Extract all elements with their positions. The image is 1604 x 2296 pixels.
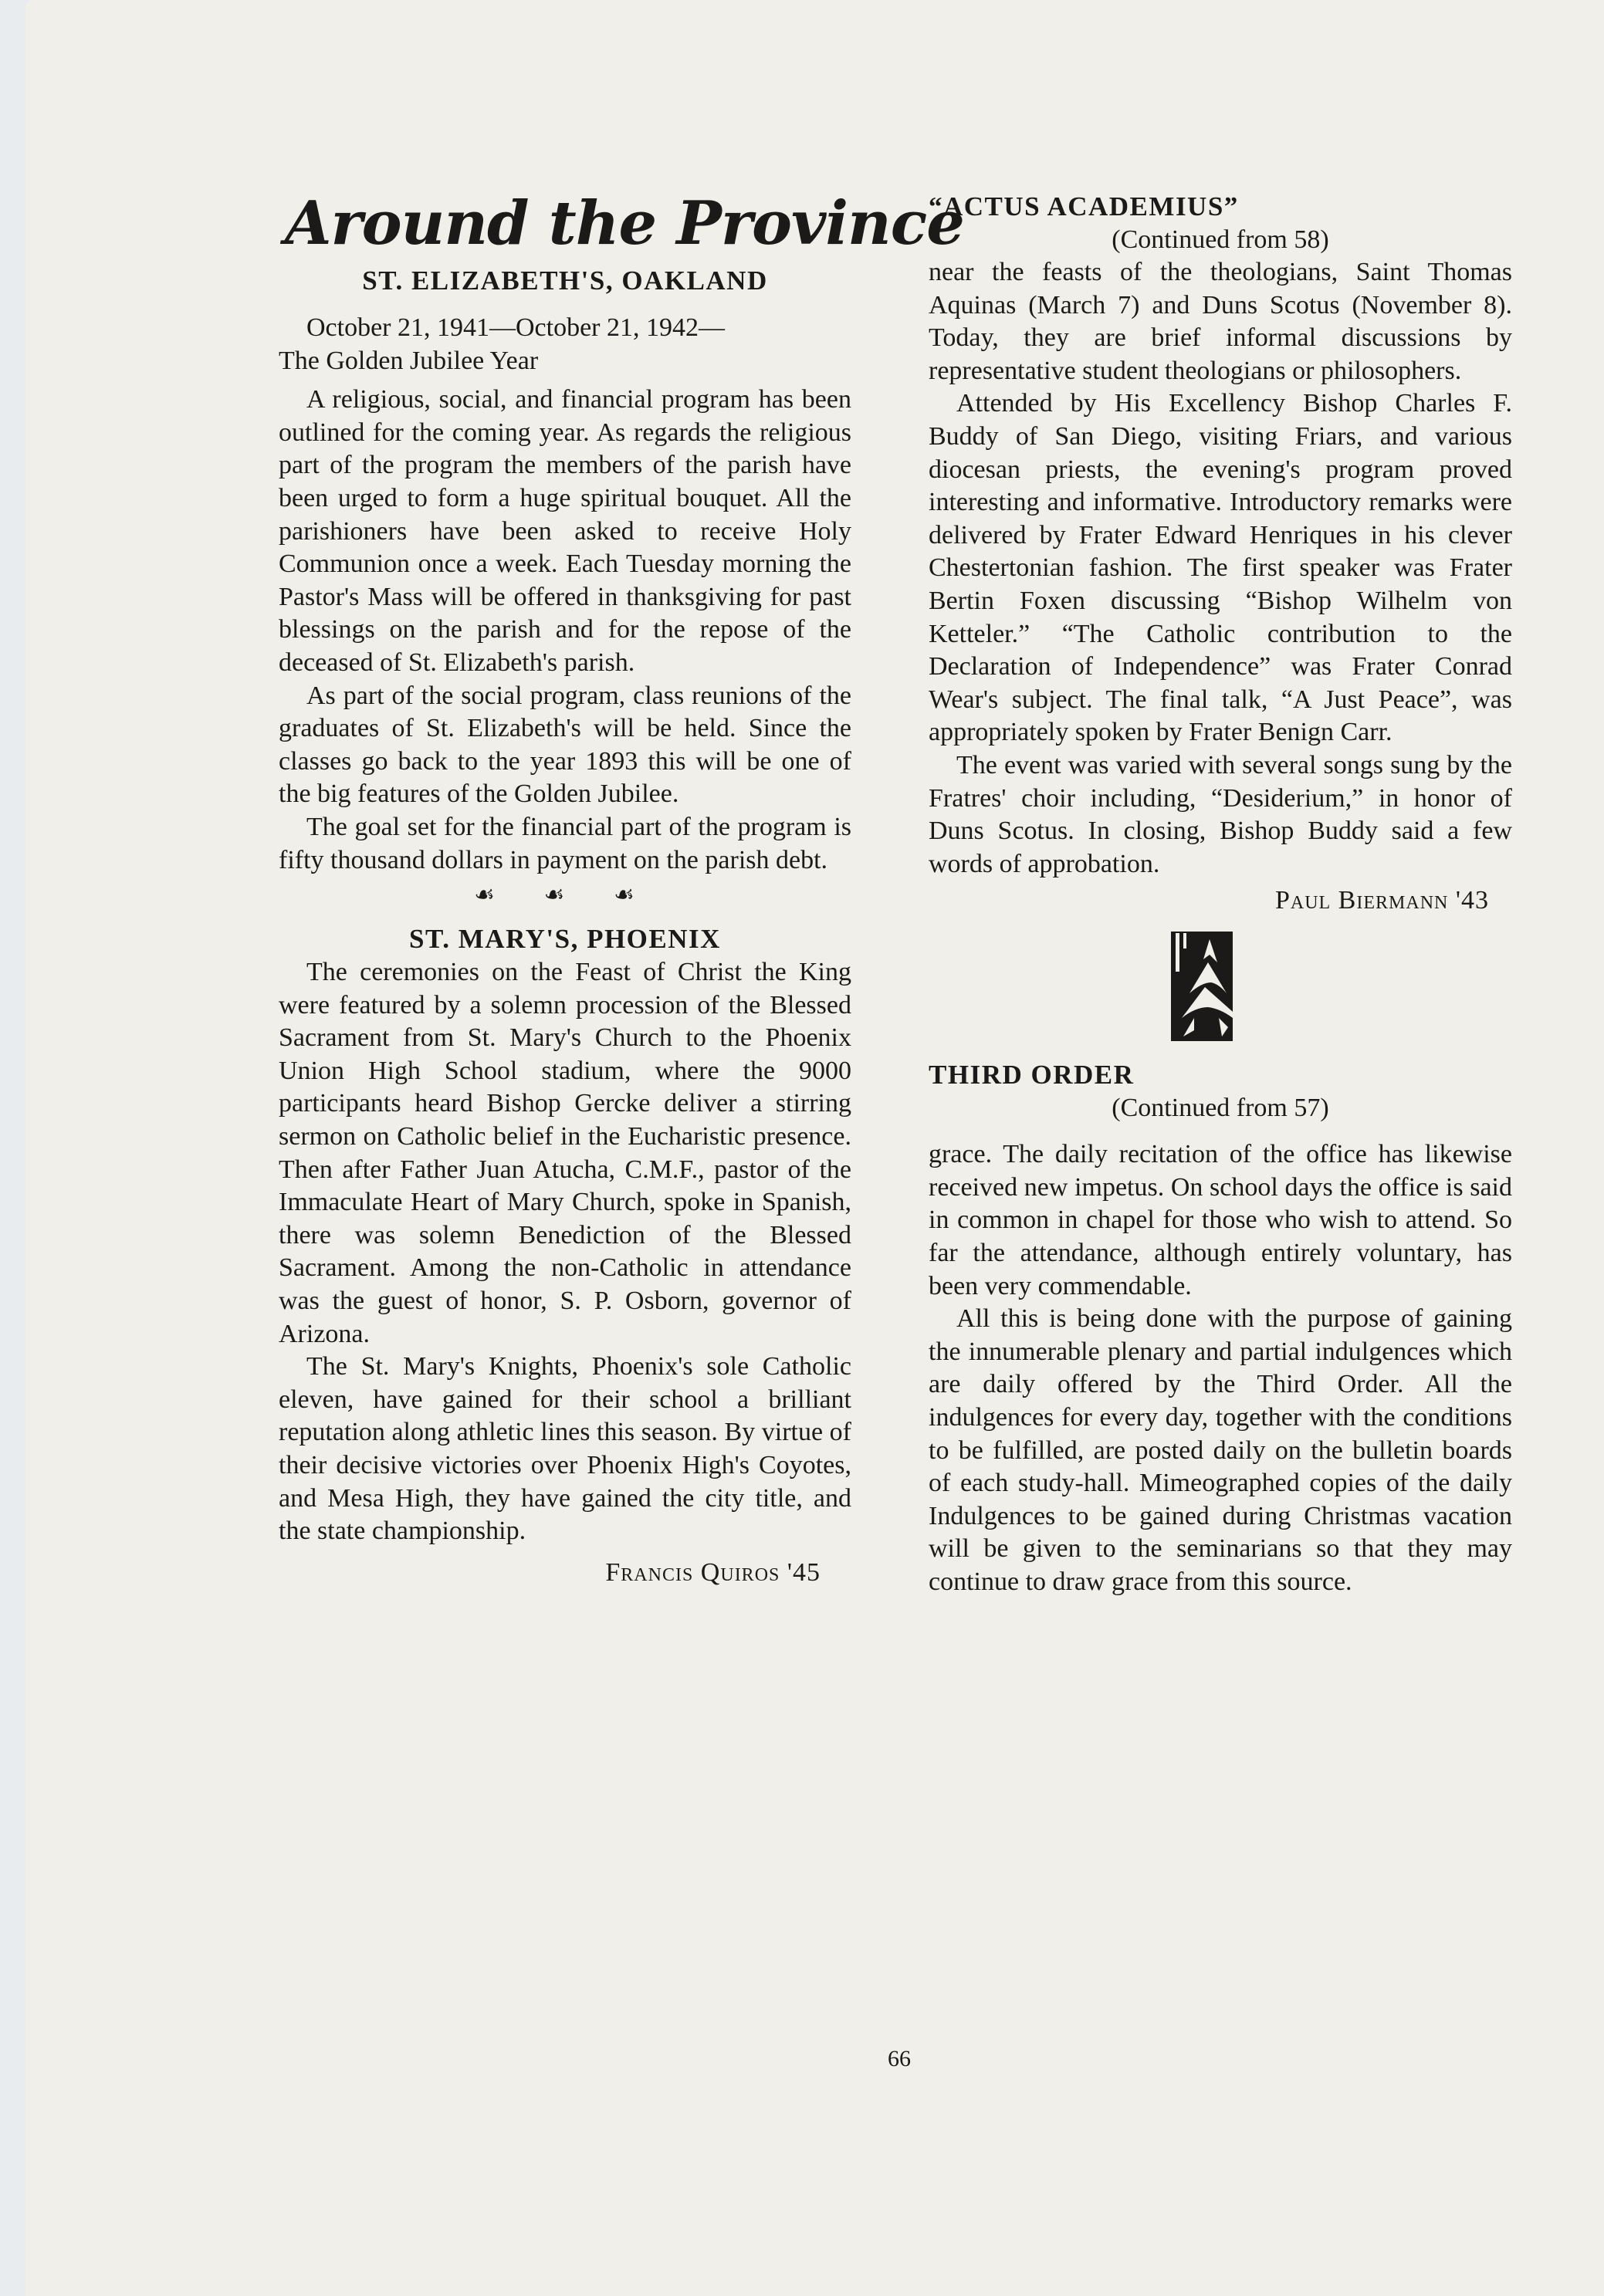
article-st-marys-phoenix: ST. MARY'S, PHOENIX The ceremonies on th… [279, 922, 851, 1590]
fleuron-divider-icon: ☙ ☙ ☙ [279, 881, 851, 908]
continued-note: (Continued from 57) [929, 1092, 1512, 1124]
paragraph: The goal set for the financial part of t… [279, 811, 851, 877]
paragraph: As part of the social program, class reu… [279, 680, 851, 811]
article-heading: ST. MARY'S, PHOENIX [279, 922, 851, 956]
article-actus-academius: “ACTUS ACADEMIUS” (Continued from 58) ne… [929, 190, 1512, 1041]
author-byline: Francis Quiros '45 [279, 1556, 851, 1590]
paragraph: near the feasts of the theologians, Sain… [929, 256, 1512, 387]
article-dateline: October 21, 1941—October 21, 1942— The G… [279, 312, 851, 377]
paragraph: A religious, social, and financial progr… [279, 384, 851, 679]
article-st-elizabeths-oakland: ST. ELIZABETH'S, OAKLAND October 21, 194… [279, 264, 851, 908]
author-byline: Paul Biermann '43 [929, 884, 1512, 918]
dateline-range: October 21, 1941—October 21, 1942— [279, 312, 851, 345]
article-heading: “ACTUS ACADEMIUS” [929, 190, 1512, 224]
article-heading: ST. ELIZABETH'S, OAKLAND [279, 264, 851, 298]
continued-note: (Continued from 58) [929, 224, 1512, 256]
paragraph: The St. Mary's Knights, Phoenix's sole C… [279, 1351, 851, 1548]
right-column: “ACTUS ACADEMIUS” (Continued from 58) ne… [929, 185, 1512, 1599]
left-column: Around the Province ST. ELIZABETH'S, OAK… [279, 185, 851, 1590]
dateline-subtitle: The Golden Jubilee Year [279, 347, 538, 375]
page-title: Around the Province [285, 185, 851, 262]
magazine-page: Around the Province ST. ELIZABETH'S, OAK… [25, 0, 1604, 2296]
paragraph: All this is being done with the purpose … [929, 1303, 1512, 1598]
paragraph: The event was varied with several songs … [929, 749, 1512, 881]
pine-tree-woodcut-icon [1171, 932, 1233, 1041]
paragraph: Attended by His Excellency Bishop Charle… [929, 387, 1512, 749]
page-number: 66 [888, 2046, 911, 2072]
paragraph: grace. The daily recitation of the offic… [929, 1138, 1512, 1303]
paragraph: The ceremonies on the Feast of Christ th… [279, 956, 851, 1351]
article-third-order: THIRD ORDER (Continued from 57) grace. T… [929, 1058, 1512, 1598]
article-heading: THIRD ORDER [929, 1058, 1512, 1092]
